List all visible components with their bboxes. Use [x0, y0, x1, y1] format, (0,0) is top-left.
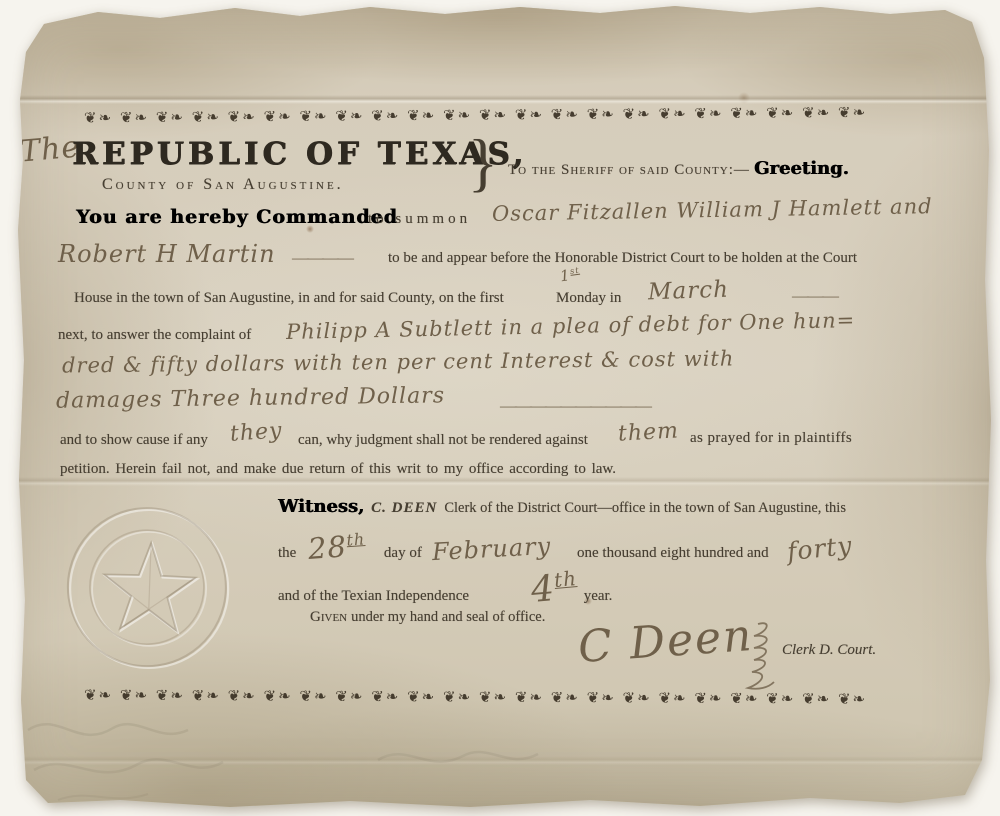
greeting-word: Greeting. — [754, 158, 849, 179]
fold-crease-middle — [0, 477, 1000, 486]
day-of-phrase: day of — [384, 545, 422, 562]
handwritten-plaintiff-line: Philipp A Subtlett in a plea of debt for… — [286, 308, 856, 344]
show-through-marks — [18, 700, 578, 810]
embossed-star-seal — [60, 496, 236, 682]
year-words: one thousand eight hundred and — [577, 545, 769, 562]
handwritten-dash-1: ———— — [292, 248, 352, 268]
show-cause-phrase-2: can, why judgment shall not be rendered … — [298, 432, 588, 449]
ornament-border-top: ❦❧ ❦❧ ❦❧ ❦❧ ❦❧ ❦❧ ❦❧ ❦❧ ❦❧ ❦❧ ❦❧ ❦❧ ❦❧ ❦… — [84, 103, 884, 127]
masthead-republic-of-texas: REPUBLIC OF TEXAS, — [72, 136, 527, 172]
handwritten-month-february: February — [431, 532, 551, 566]
given-rest: under my hand and seal of office. — [351, 609, 545, 625]
independence-phrase-1: and of the Texian Independence — [278, 588, 469, 605]
independence-phrase-2: year. — [584, 588, 613, 605]
handwritten-dash-2: ——— — [792, 286, 837, 306]
handwritten-dash-3: —————————— — [500, 396, 650, 416]
aged-paper: ❦❧ ❦❧ ❦❧ ❦❧ ❦❧ ❦❧ ❦❧ ❦❧ ❦❧ ❦❧ ❦❧ ❦❧ ❦❧ ❦… — [0, 0, 1000, 816]
petition-line: petition. Herein fail not, and make due … — [60, 461, 616, 478]
handwritten-year-forty: forty — [785, 531, 853, 567]
show-cause-phrase-1: and to show cause if any — [60, 432, 208, 449]
clerk-name: C. DEEN — [371, 500, 437, 517]
paper-shadow-wrap: ❦❧ ❦❧ ❦❧ ❦❧ ❦❧ ❦❧ ❦❧ ❦❧ ❦❧ ❦❧ ❦❧ ❦❧ ❦❧ ❦… — [0, 0, 1000, 816]
witness-word: Witness, — [278, 496, 364, 517]
handwritten-month-march: March — [648, 277, 730, 306]
handwritten-defendant-names-1: Oscar Fitzallen William J Hamlett and — [492, 194, 933, 226]
handwritten-defendant-names-2: Robert H Martin — [58, 240, 276, 268]
handwritten-day-suffix: th — [346, 529, 366, 549]
handwritten-independence-number: 4 — [529, 568, 556, 611]
commanded-phrase: You are hereby Commanded — [76, 206, 398, 228]
document-scan: ❦❧ ❦❧ ❦❧ ❦❧ ❦❧ ❦❧ ❦❧ ❦❧ ❦❧ ❦❧ ❦❧ ❦❧ ❦❧ ❦… — [0, 0, 1000, 816]
handwritten-them: them — [617, 418, 679, 446]
handwritten-first-suffix: st — [569, 265, 580, 276]
handwritten-independence-suffix: th — [553, 567, 578, 592]
given-word: Given — [310, 609, 347, 625]
the-word: the — [278, 545, 296, 562]
to-summon-phrase: to summon — [368, 211, 471, 228]
handwritten-they: they — [229, 418, 283, 447]
handwritten-damages-line: damages Three hundred Dollars — [56, 383, 445, 413]
house-line: House in the town of San Augustine, in a… — [74, 290, 504, 307]
monday-in-phrase: Monday in — [556, 290, 621, 307]
handwritten-day-number: 28 — [307, 529, 348, 566]
clerk-title: Clerk D. Court. — [782, 642, 876, 659]
masthead-county-line: County of San Augustine. — [102, 176, 344, 194]
signature-flourish — [728, 618, 776, 698]
curly-brace: } — [468, 126, 498, 201]
appear-line: to be and appear before the Honorable Di… — [388, 250, 857, 267]
show-cause-phrase-3: as prayed for in plaintiffs — [690, 430, 852, 447]
sheriff-address-line: To the Sheriff of said County:— — [508, 162, 750, 178]
handwritten-debt-line: dred & fifty dollars with ten per cent I… — [62, 346, 735, 377]
next-complaint-phrase: next, to answer the complaint of — [58, 327, 251, 344]
witness-rest-line: Clerk of the District Court—office in th… — [444, 500, 846, 517]
